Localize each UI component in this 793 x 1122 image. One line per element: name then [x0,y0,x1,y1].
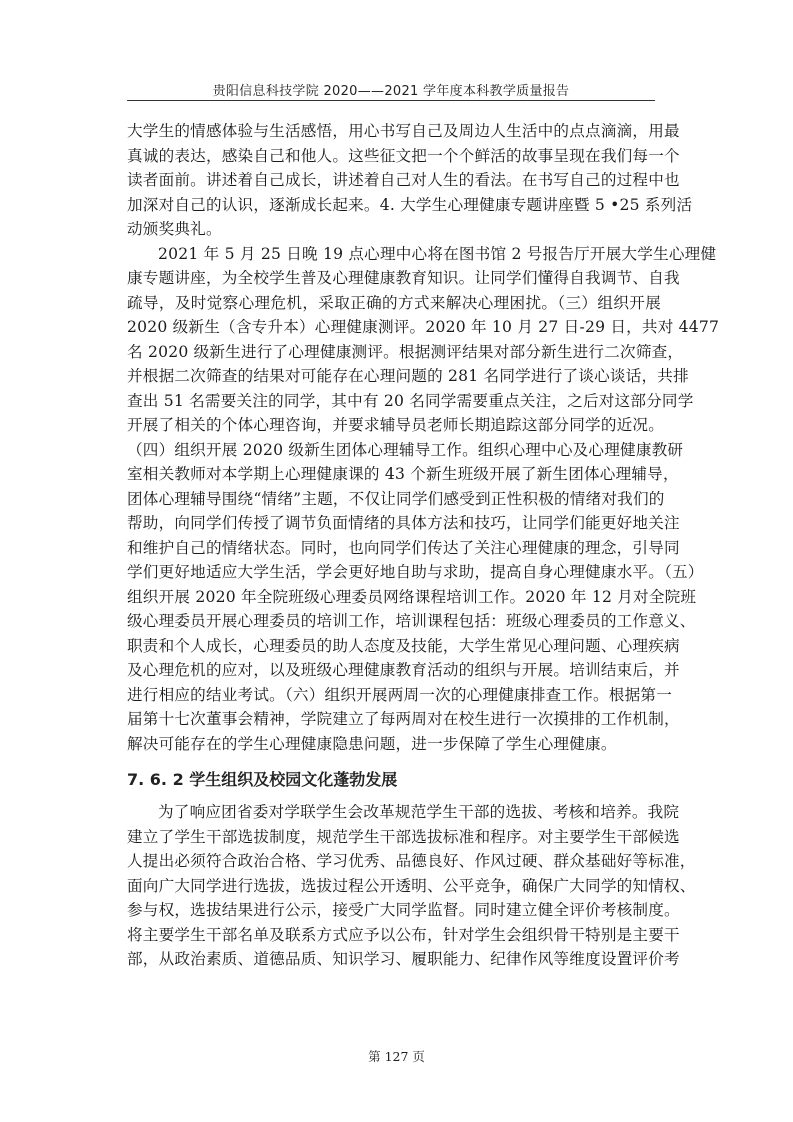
text-line: 学们更好地适应大学生活，学会更好地自助与求助，提高自身心理健康水平。（五） [127,560,661,585]
text-line: 解决可能存在的学生心理健康隐患问题，进一步保障了学生心理健康。 [127,732,661,757]
text-line: 组织开展 2020 年全院班级心理委员网络课程培训工作。2020 年 12 月对… [127,585,661,610]
text-line: 团体心理辅导围绕“情绪”主题，不仅让同学们感受到正性积极的情绪对我们的 [127,487,661,512]
page-number: 第 127 页 [0,1047,793,1065]
text-line: 2020 级新生（含专升本）心理健康测评。2020 年 10 月 27 日-29… [127,315,661,340]
text-line: 面向广大同学进行选拔，选拔过程公开透明、公平竞争，确保广大同学的知情权、 [127,874,661,899]
text-line: 开展了相关的个体心理咨询，并要求辅导员老师长期追踪这部分同学的近况。 [127,413,661,438]
text-line: 将主要学生干部名单及联系方式应予以公布，针对学生会组织骨干特别是主要干 [127,923,661,948]
paragraph-1: 大学生的情感体验与生活感悟，用心书写自己及周边人生活中的点点滴滴，用最 真诚的表… [127,119,661,242]
section-heading: 7. 6. 2 学生组织及校园文化蓬勃发展 [127,760,661,800]
text-line: 部，从政治素质、道德品质、知识学习、履职能力、纪律作风等维度设置评价考 [127,947,661,972]
text-line: 帮助，向同学们传授了调节负面情绪的具体方法和技巧，让同学们能更好地关注 [127,511,661,536]
text-line: 建立了学生干部选拔制度，规范学生干部选拔标准和程序。对主要学生干部候选 [127,825,661,850]
text-line: 2021 年 5 月 25 日晚 19 点心理中心将在图书馆 2 号报告厅开展大… [127,242,661,267]
text-line: 并根据二次筛查的结果对可能存在心理问题的 281 名同学进行了谈心谈话，共排 [127,364,661,389]
page-body: 大学生的情感体验与生活感悟，用心书写自己及周边人生活中的点点滴滴，用最 真诚的表… [127,119,661,972]
text-line: （四）组织开展 2020 级新生团体心理辅导工作。组织心理中心及心理健康教研 [127,438,661,463]
text-line: 级心理委员开展心理委员的培训工作，培训课程包括：班级心理委员的工作意义、 [127,609,661,634]
text-line: 加深对自己的认识，逐渐成长起来。4. 大学生心理健康专题讲座暨 5 •25 系列… [127,193,661,218]
text-line: 届第十七次董事会精神，学院建立了每两周对在校生进行一次摸排的工作机制， [127,707,661,732]
text-line: 进行相应的结业考试。（六）组织开展两周一次的心理健康排查工作。根据第一 [127,683,661,708]
header-divider [127,100,655,101]
text-line: 读者面前。讲述着自己成长，讲述着自己对人生的看法。在书写自己的过程中也 [127,168,661,193]
text-line: 名 2020 级新生进行了心理健康测评。根据测评结果对部分新生进行二次筛查， [127,340,661,365]
running-header: 贵阳信息科技学院 2020——2021 学年度本科教学质量报告 [127,80,655,99]
paragraph-2: 2021 年 5 月 25 日晚 19 点心理中心将在图书馆 2 号报告厅开展大… [127,242,661,757]
text-line: 和维护自己的情绪状态。同时，也向同学们传达了关注心理健康的理念，引导同 [127,536,661,561]
text-line: 查出 51 名需要关注的同学，其中有 20 名同学需要重点关注，之后对这部分同学 [127,389,661,414]
text-line: 动颁奖典礼。 [127,217,661,242]
text-line: 疏导，及时觉察心理危机，采取正确的方式来解决心理困扰。（三）组织开展 [127,291,661,316]
text-line: 人提出必须符合政治合格、学习优秀、品德良好、作风过硬、群众基础好等标准， [127,849,661,874]
text-line: 参与权，选拔结果进行公示，接受广大同学监督。同时建立健全评价考核制度。 [127,898,661,923]
text-line: 大学生的情感体验与生活感悟，用心书写自己及周边人生活中的点点滴滴，用最 [127,119,661,144]
text-line: 为了响应团省委对学联学生会改革规范学生干部的选拔、考核和培养。我院 [127,800,661,825]
section-paragraph: 为了响应团省委对学联学生会改革规范学生干部的选拔、考核和培养。我院 建立了学生干… [127,800,661,972]
text-line: 康专题讲座，为全校学生普及心理健康教育知识。让同学们懂得自我调节、自我 [127,266,661,291]
text-line: 真诚的表达，感染自己和他人。这些征文把一个个鲜活的故事呈现在我们每一个 [127,144,661,169]
text-line: 及心理危机的应对，以及班级心理健康教育活动的组织与开展。培训结束后，并 [127,658,661,683]
text-line: 职责和个人成长，心理委员的助人态度及技能，大学生常见心理问题、心理疾病 [127,634,661,659]
text-line: 室相关教师对本学期上心理健康课的 43 个新生班级开展了新生团体心理辅导， [127,462,661,487]
